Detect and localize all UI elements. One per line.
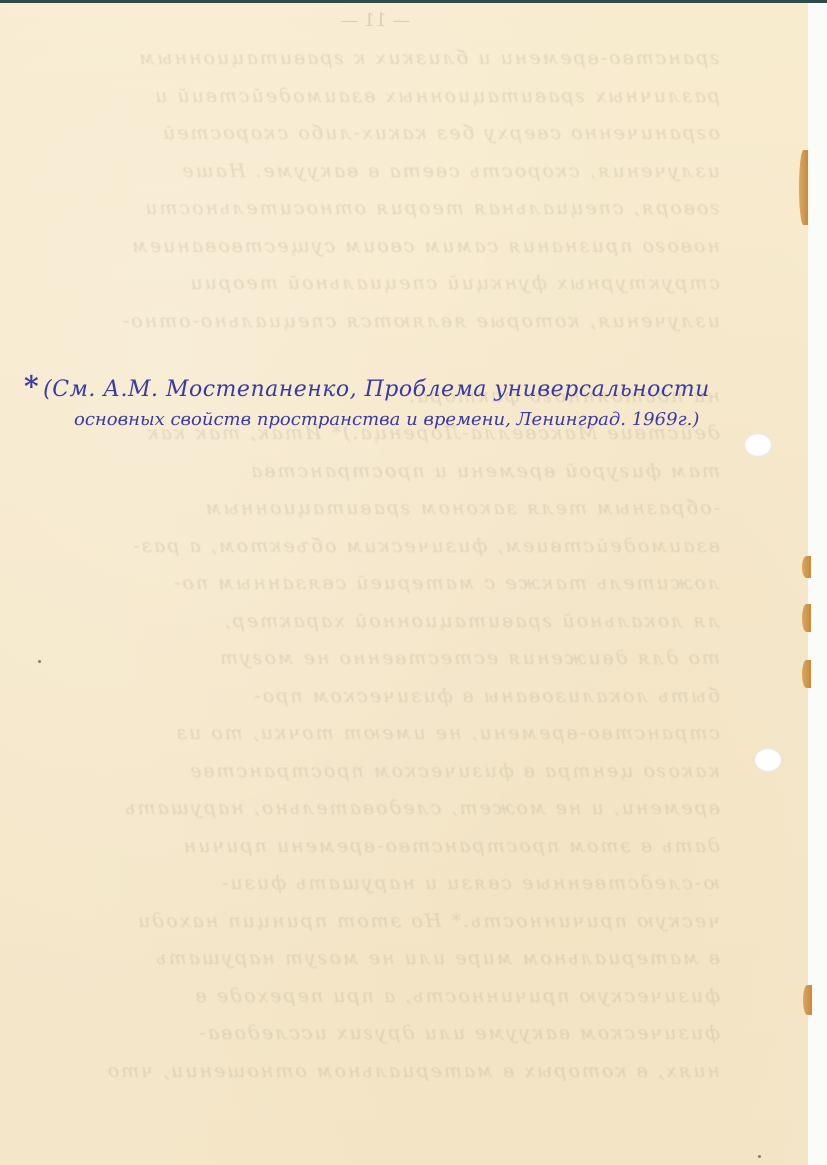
footnote-text-1: (См. А.М. Мостепаненко, Проблема универс… [43, 377, 710, 402]
speck [38, 660, 41, 663]
edge-stain [803, 985, 812, 1015]
bleed-through-text: гранство-времени и близких к гравитацион… [40, 40, 720, 1090]
punch-hole-top [744, 433, 772, 457]
scan-edge [0, 0, 827, 3]
footnote-line-2: основных свойств пространства и времени,… [74, 409, 710, 430]
footnote-line-1: *(См. А.М. Мостепаненко, Проблема универ… [24, 370, 710, 403]
footnote-asterisk-icon: * [24, 370, 39, 403]
scanned-page: — 11 — гранство-времени и близких к грав… [0, 0, 808, 1165]
handwritten-footnote: *(См. А.М. Мостепаненко, Проблема универ… [24, 370, 710, 430]
speck [758, 1155, 761, 1158]
edge-stain [802, 604, 811, 632]
edge-stain [802, 660, 811, 688]
edge-stain [802, 556, 811, 578]
page-number: — 11 — [340, 10, 410, 31]
punch-hole-bottom [754, 748, 782, 772]
edge-stain [799, 150, 808, 225]
